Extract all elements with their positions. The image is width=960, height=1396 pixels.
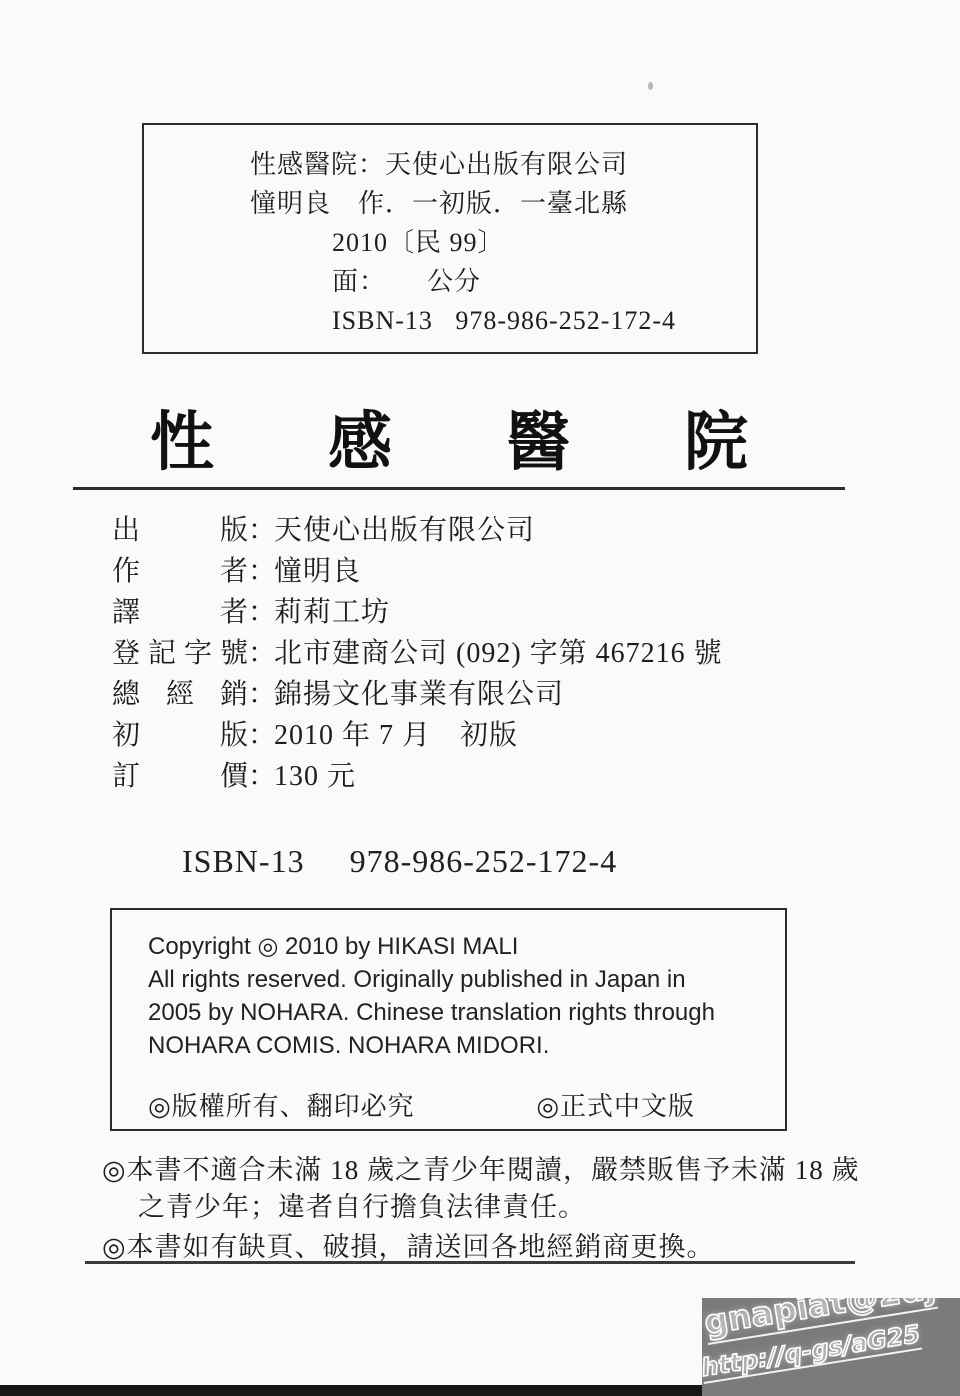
page-title: 性 感 醫 院: [150, 408, 748, 478]
row-label: 初版: [112, 713, 248, 753]
row-colon: ：: [248, 549, 274, 589]
row-value: 天使心出版有限公司: [274, 508, 535, 548]
copyright-line-3: 2005 by NOHARA. Chinese translation righ…: [148, 996, 755, 1029]
row-value: 錦揚文化事業有限公司: [274, 672, 564, 712]
title-underline: [73, 487, 845, 490]
colophon-row-translator: 譯者 ： 莉莉工坊: [112, 590, 852, 631]
cip-line-author: 憧明良 作．一初版．一臺北縣: [144, 184, 756, 223]
watermark-panel: gnapiat@2dj http://q-gs/aG25: [702, 1298, 960, 1396]
official-chinese-edition-notice: ◎正式中文版: [536, 1086, 695, 1123]
row-value: 2010 年 7 月 初版: [274, 713, 518, 753]
copyright-line-2: All rights reserved. Originally publishe…: [148, 963, 755, 996]
colophon-row-registration: 登記字號 ： 北市建商公司 (092) 字第 467216 號: [112, 631, 852, 672]
age-notice-line-1: ◎本書不適合未滿 18 歲之青少年閱讀，嚴禁販售予未滿 18 歲: [102, 1152, 882, 1189]
colophon-row-publisher: 出版 ： 天使心出版有限公司: [112, 508, 852, 549]
copyright-line-1: Copyright ◎ 2010 by HIKASI MALI: [148, 930, 755, 963]
age-notice-section: ◎本書不適合未滿 18 歲之青少年閱讀，嚴禁販售予未滿 18 歲 之青少年；違者…: [102, 1152, 882, 1266]
colophon-row-distributor: 總經銷 ： 錦揚文化事業有限公司: [112, 672, 852, 713]
row-colon: ：: [248, 672, 274, 712]
cip-line-isbn: ISBN-13 978-986-252-172-4: [144, 301, 756, 340]
cip-line-year: 2010〔民 99〕: [144, 223, 756, 262]
title-char-2: 感: [328, 408, 392, 478]
row-label: 譯者: [112, 590, 248, 630]
colophon-row-edition: 初版 ： 2010 年 7 月 初版: [112, 713, 852, 754]
row-label: 訂價: [112, 754, 248, 794]
colophon-list: 出版 ： 天使心出版有限公司 作者 ： 憧明良 譯者 ： 莉莉工坊 登記字號 ：…: [112, 508, 852, 795]
scan-speck: [648, 82, 653, 90]
colophon-row-price: 訂價 ： 130 元: [112, 754, 852, 795]
colophon-row-author: 作者 ： 憧明良: [112, 549, 852, 590]
row-value: 130 元: [274, 754, 356, 794]
row-colon: ：: [248, 508, 274, 548]
cip-box: 性感醫院：天使心出版有限公司 憧明良 作．一初版．一臺北縣 2010〔民 99〕…: [142, 123, 758, 354]
row-colon: ：: [248, 590, 274, 630]
isbn-line: ISBN-13 978-986-252-172-4: [182, 843, 617, 880]
copyright-chinese-row: ◎版權所有、翻印必究 ◎正式中文版: [148, 1086, 755, 1123]
row-label: 登記字號: [112, 631, 248, 671]
cip-line-title: 性感醫院：天使心出版有限公司: [144, 145, 756, 184]
isbn-label: ISBN-13: [182, 843, 305, 880]
cip-line-size: 面： 公分: [144, 262, 756, 301]
rights-reserved-notice: ◎版權所有、翻印必究: [148, 1086, 415, 1123]
title-char-4: 院: [684, 408, 748, 478]
row-value: 北市建商公司 (092) 字第 467216 號: [274, 631, 723, 671]
row-label: 出版: [112, 508, 248, 548]
row-colon: ：: [248, 754, 274, 794]
copyright-line-4: NOHARA COMIS. NOHARA MIDORI.: [148, 1029, 755, 1062]
row-colon: ：: [248, 713, 274, 753]
copyright-box: Copyright ◎ 2010 by HIKASI MALI All righ…: [110, 908, 787, 1131]
bottom-separator-rule: [85, 1261, 855, 1264]
row-label: 作者: [112, 549, 248, 589]
age-notice-line-2: 之青少年；違者自行擔負法律責任。: [102, 1189, 882, 1226]
row-colon: ：: [248, 631, 274, 671]
row-label: 總經銷: [112, 672, 248, 712]
isbn-number: 978-986-252-172-4: [350, 843, 618, 880]
title-char-1: 性: [150, 408, 214, 478]
row-value: 莉莉工坊: [274, 590, 390, 630]
row-value: 憧明良: [274, 549, 361, 589]
title-char-3: 醫: [506, 408, 570, 478]
